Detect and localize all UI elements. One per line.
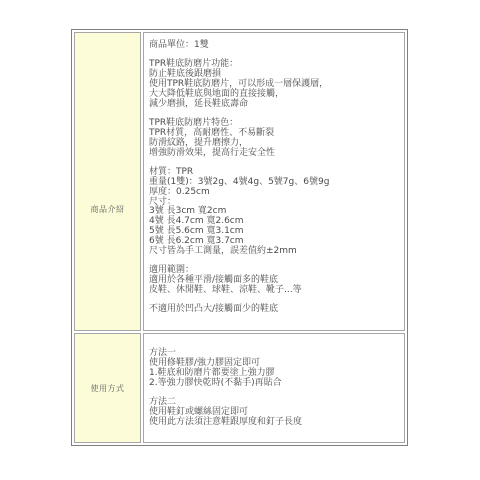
- usage-label: 使用方式: [91, 384, 125, 393]
- usage-content: 方法一使用修鞋膠/強力膠固定即可1.鞋底和防磨片都要塗上強力膠2.等強力膠快乾時…: [143, 333, 405, 443]
- product-intro-label: 商品介紹: [91, 204, 125, 215]
- text-line: 厚度：0.25cm: [149, 188, 398, 198]
- label-cell-product-intro: 商品介紹: [74, 32, 141, 331]
- text-line: 使用此方法須注意鞋跟厚度和釘子長度: [149, 418, 398, 428]
- text-line: 減少磨損，延長鞋底壽命: [149, 100, 398, 110]
- product-intro-content: 商品單位：1雙TPR鞋底防磨片功能：防止鞋底後跟磨損使用TPR鞋底防磨片，可以形…: [143, 32, 405, 331]
- text-line: 增強防滑效果，提高行走安全性: [149, 149, 398, 159]
- label-cell-usage: 使用方式: [74, 333, 141, 443]
- row-usage: 使用方式 方法一使用修鞋膠/強力膠固定即可1.鞋底和防磨片都要塗上強力膠2.等強…: [74, 333, 405, 443]
- text-line: 皮鞋、休閒鞋、球鞋、涼鞋、靴子...等: [149, 286, 398, 296]
- text-line: 商品單位：1雙: [149, 41, 398, 51]
- text-line: 2.等強力膠快乾時(不黏手)再貼合: [149, 379, 398, 389]
- text-line: 不適用於凹凸大/接觸面少的鞋底: [149, 305, 398, 315]
- text-line: 尺寸皆為手工測量，誤差值約±2mm: [149, 247, 398, 257]
- product-spec-table: 商品介紹 商品單位：1雙TPR鞋底防磨片功能：防止鞋底後跟磨損使用TPR鞋底防磨…: [71, 29, 408, 446]
- row-product-intro: 商品介紹 商品單位：1雙TPR鞋底防磨片功能：防止鞋底後跟磨損使用TPR鞋底防磨…: [74, 32, 405, 331]
- page-canvas: 商品介紹 商品單位：1雙TPR鞋底防磨片功能：防止鞋底後跟磨損使用TPR鞋底防磨…: [0, 0, 480, 480]
- text-line: [149, 389, 398, 399]
